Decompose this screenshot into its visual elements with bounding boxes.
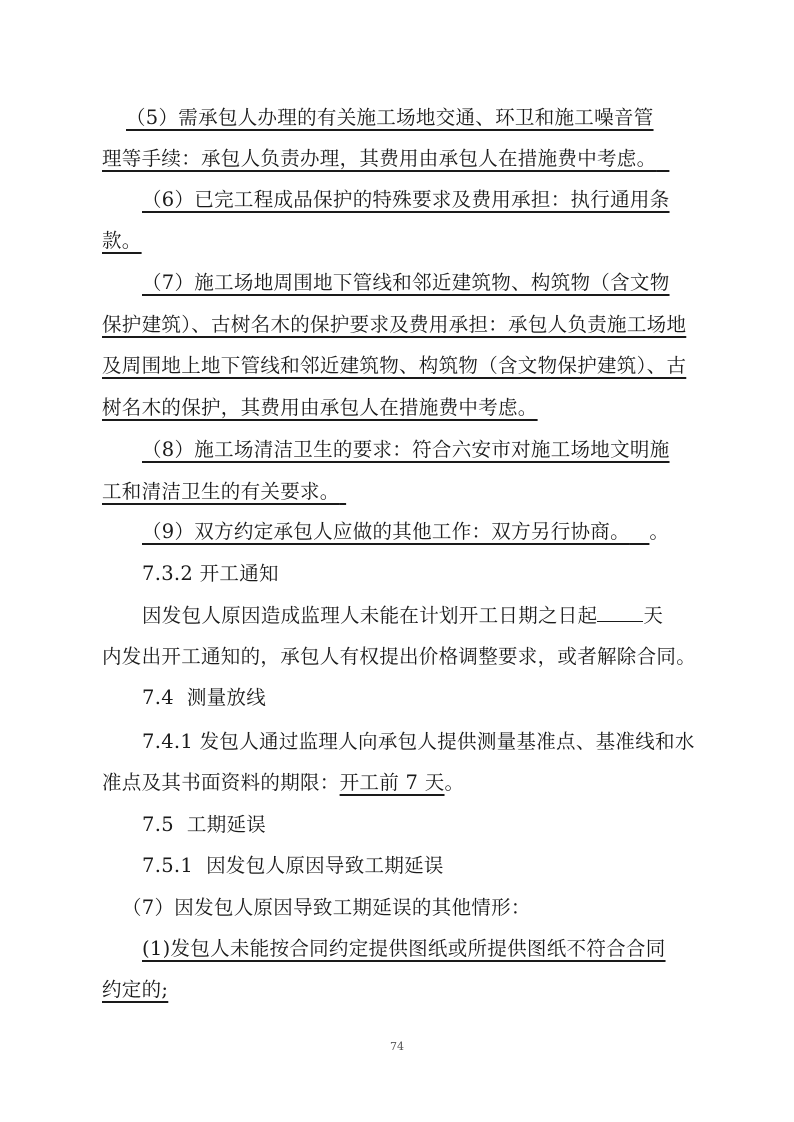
- paragraph-7-text-cont: 保护建筑）、古树名木的保护要求及费用承担：承包人负责施工场地: [102, 313, 686, 336]
- underline-pad: [656, 147, 669, 170]
- body-text: （7）因发包人原因导致工期延误的其他情形：: [122, 896, 531, 919]
- paragraph-7-line-1: （7）施工场地周围地下管线和邻近建筑物、构筑物（含文物: [102, 268, 692, 298]
- filled-value: 开工前 7 天: [340, 771, 445, 794]
- section-7-3-2-heading: 7.3.2 开工通知: [102, 559, 732, 589]
- paragraph-6-line-1: （6）已完工程成品保护的特殊要求及费用承担：执行通用条: [102, 185, 692, 215]
- paragraph-6-line-2: 款。: [102, 226, 692, 256]
- section-7-5-1-sub-1-line-2: 约定的;: [102, 975, 692, 1005]
- document-page: （5）需承包人办理的有关施工场地交通、环卫和施工噪音管 理等手续：承包人负责办理…: [0, 0, 794, 1122]
- paragraph-7-line-4: 树名木的保护，其费用由承包人在措施费中考虑。: [102, 393, 692, 423]
- body-text: 天: [643, 604, 663, 627]
- body-text: 。: [445, 771, 465, 794]
- paragraph-8-line-1: （8）施工场清洁卫生的要求：符合六安市对施工场地文明施: [102, 435, 692, 465]
- body-text: 内发出开工通知的，承包人有权提出价格调整要求，或者解除合同。: [102, 645, 696, 668]
- section-7-3-2-line-1: 因发包人原因造成监理人未能在计划开工日期之日起天: [102, 599, 732, 629]
- section-7-4-1-line-2: 准点及其书面资料的期限：开工前 7 天。: [102, 768, 692, 798]
- fill-in-blank[interactable]: [597, 599, 643, 622]
- paragraph-5-text-cont: 理等手续：承包人负责办理，其费用由承包人在措施费中考虑。: [102, 147, 656, 170]
- section-heading: 7.4 测量放线: [142, 686, 266, 709]
- section-7-5-1-heading: 7.5.1 因发包人原因导致工期延误: [102, 851, 732, 881]
- paragraph-5-text: （5）需承包人办理的有关施工场地交通、环卫和施工噪音管: [102, 106, 654, 129]
- section-heading: 7.5 工期延误: [142, 813, 266, 836]
- paragraph-8-line-2: 工和清洁卫生的有关要求。: [102, 477, 692, 507]
- paragraph-8-text-cont: 工和清洁卫生的有关要求。: [102, 480, 340, 503]
- section-7-4-1-line-1: 7.4.1 发包人通过监理人向承包人提供测量基准点、基准线和水: [102, 727, 732, 757]
- paragraph-6-text-cont: 款。: [102, 229, 142, 252]
- paragraph-7-text: （7）施工场地周围地下管线和邻近建筑物、构筑物（含文物: [102, 271, 670, 294]
- page-number: 74: [0, 1040, 794, 1053]
- paragraph-7-text-cont: 树名木的保护，其费用由承包人在措施费中考虑。: [102, 396, 538, 419]
- paragraph-9-text: （9）双方约定承包人应做的其他工作：双方另行协商。: [102, 520, 649, 543]
- paragraph-8-text: （8）施工场清洁卫生的要求：符合六安市对施工场地文明施: [102, 438, 670, 461]
- paragraph-7-text-cont: 及周围地上地下管线和邻近建筑物、构筑物（含文物保护建筑）、古: [102, 354, 686, 377]
- body-text: 7.4.1 发包人通过监理人向承包人提供测量基准点、基准线和水: [142, 730, 695, 753]
- section-7-5-1-item-7: （7）因发包人原因导致工期延误的其他情形：: [102, 893, 712, 923]
- paragraph-5-line-2: 理等手续：承包人负责办理，其费用由承包人在措施费中考虑。: [102, 144, 692, 174]
- body-text: (1)发包人未能按合同约定提供图纸或所提供图纸不符合合同: [142, 937, 666, 960]
- body-text: 因发包人原因造成监理人未能在计划开工日期之日起: [142, 604, 597, 627]
- section-7-5-heading: 7.5 工期延误: [102, 810, 732, 840]
- section-7-4-heading: 7.4 测量放线: [102, 683, 732, 713]
- body-text: 约定的;: [102, 978, 168, 1001]
- body-text: 准点及其书面资料的期限：: [102, 771, 340, 794]
- section-7-3-2-line-2: 内发出开工通知的，承包人有权提出价格调整要求，或者解除合同。: [102, 642, 692, 672]
- paragraph-9-trailing: 。: [649, 520, 669, 543]
- section-7-5-1-sub-1-line-1: (1)发包人未能按合同约定提供图纸或所提供图纸不符合合同: [102, 934, 732, 964]
- paragraph-6-text: （6）已完工程成品保护的特殊要求及费用承担：执行通用条: [102, 188, 670, 211]
- paragraph-5-line-1: （5）需承包人办理的有关施工场地交通、环卫和施工噪音管: [102, 103, 692, 133]
- section-heading: 7.5.1 因发包人原因导致工期延误: [142, 854, 444, 877]
- section-heading: 7.3.2 开工通知: [142, 562, 279, 585]
- paragraph-7-line-3: 及周围地上地下管线和邻近建筑物、构筑物（含文物保护建筑）、古: [102, 351, 692, 381]
- paragraph-9-line-1: （9）双方约定承包人应做的其他工作：双方另行协商。 。: [102, 517, 692, 547]
- paragraph-7-line-2: 保护建筑）、古树名木的保护要求及费用承担：承包人负责施工场地: [102, 310, 692, 340]
- underline-pad: [340, 480, 347, 503]
